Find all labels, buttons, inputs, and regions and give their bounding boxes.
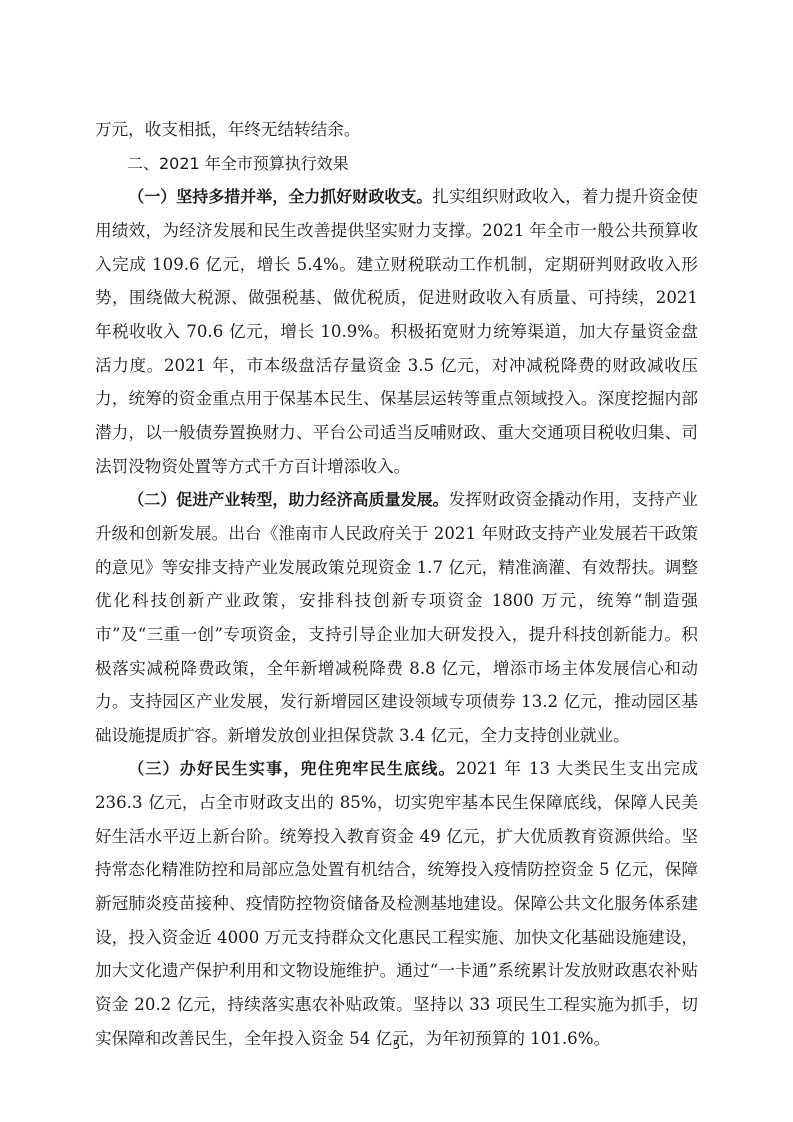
- paragraph-industry-transformation: （二）促进产业转型，助力经济高质量发展。发挥财政资金撬动作用，支持产业升级和创新…: [95, 483, 698, 752]
- paragraph-body: 扎实组织财政收入，着力提升资金使用绩效，为经济发展和民生改善提供坚实财力支撑。2…: [95, 187, 698, 475]
- paragraph-lead: （二）促进产业转型，助力经济高质量发展。: [128, 490, 449, 509]
- paragraph-livelihood: （三）办好民生实事，兜住兜牢民生底线。2021 年 13 大类民生支出完成 23…: [95, 752, 698, 1055]
- paragraph-fiscal-revenue: （一）坚持多措并举，全力抓好财政收支。扎实组织财政收入，着力提升资金使用绩效，为…: [95, 180, 698, 483]
- page-number: 5: [0, 1038, 793, 1052]
- paragraph-lead: （三）办好民生实事，兜住兜牢民生底线。: [128, 759, 456, 778]
- paragraph-lead: （一）坚持多措并举，全力抓好财政收支。: [128, 187, 432, 206]
- document-page: 万元，收支相抵，年终无结转结余。 二、2021 年全市预算执行效果 （一）坚持多…: [95, 113, 698, 1055]
- paragraph-body: 发挥财政资金撬动作用，支持产业升级和创新发展。出台《淮南市人民政府关于 2021…: [95, 490, 698, 745]
- paragraph-body: 2021 年 13 大类民生支出完成 236.3 亿元，占全市财政支出的 85%…: [95, 759, 698, 1047]
- continuation-text: 万元，收支相抵，年终无结转结余。: [95, 113, 698, 147]
- section-heading: 二、2021 年全市预算执行效果: [95, 147, 698, 181]
